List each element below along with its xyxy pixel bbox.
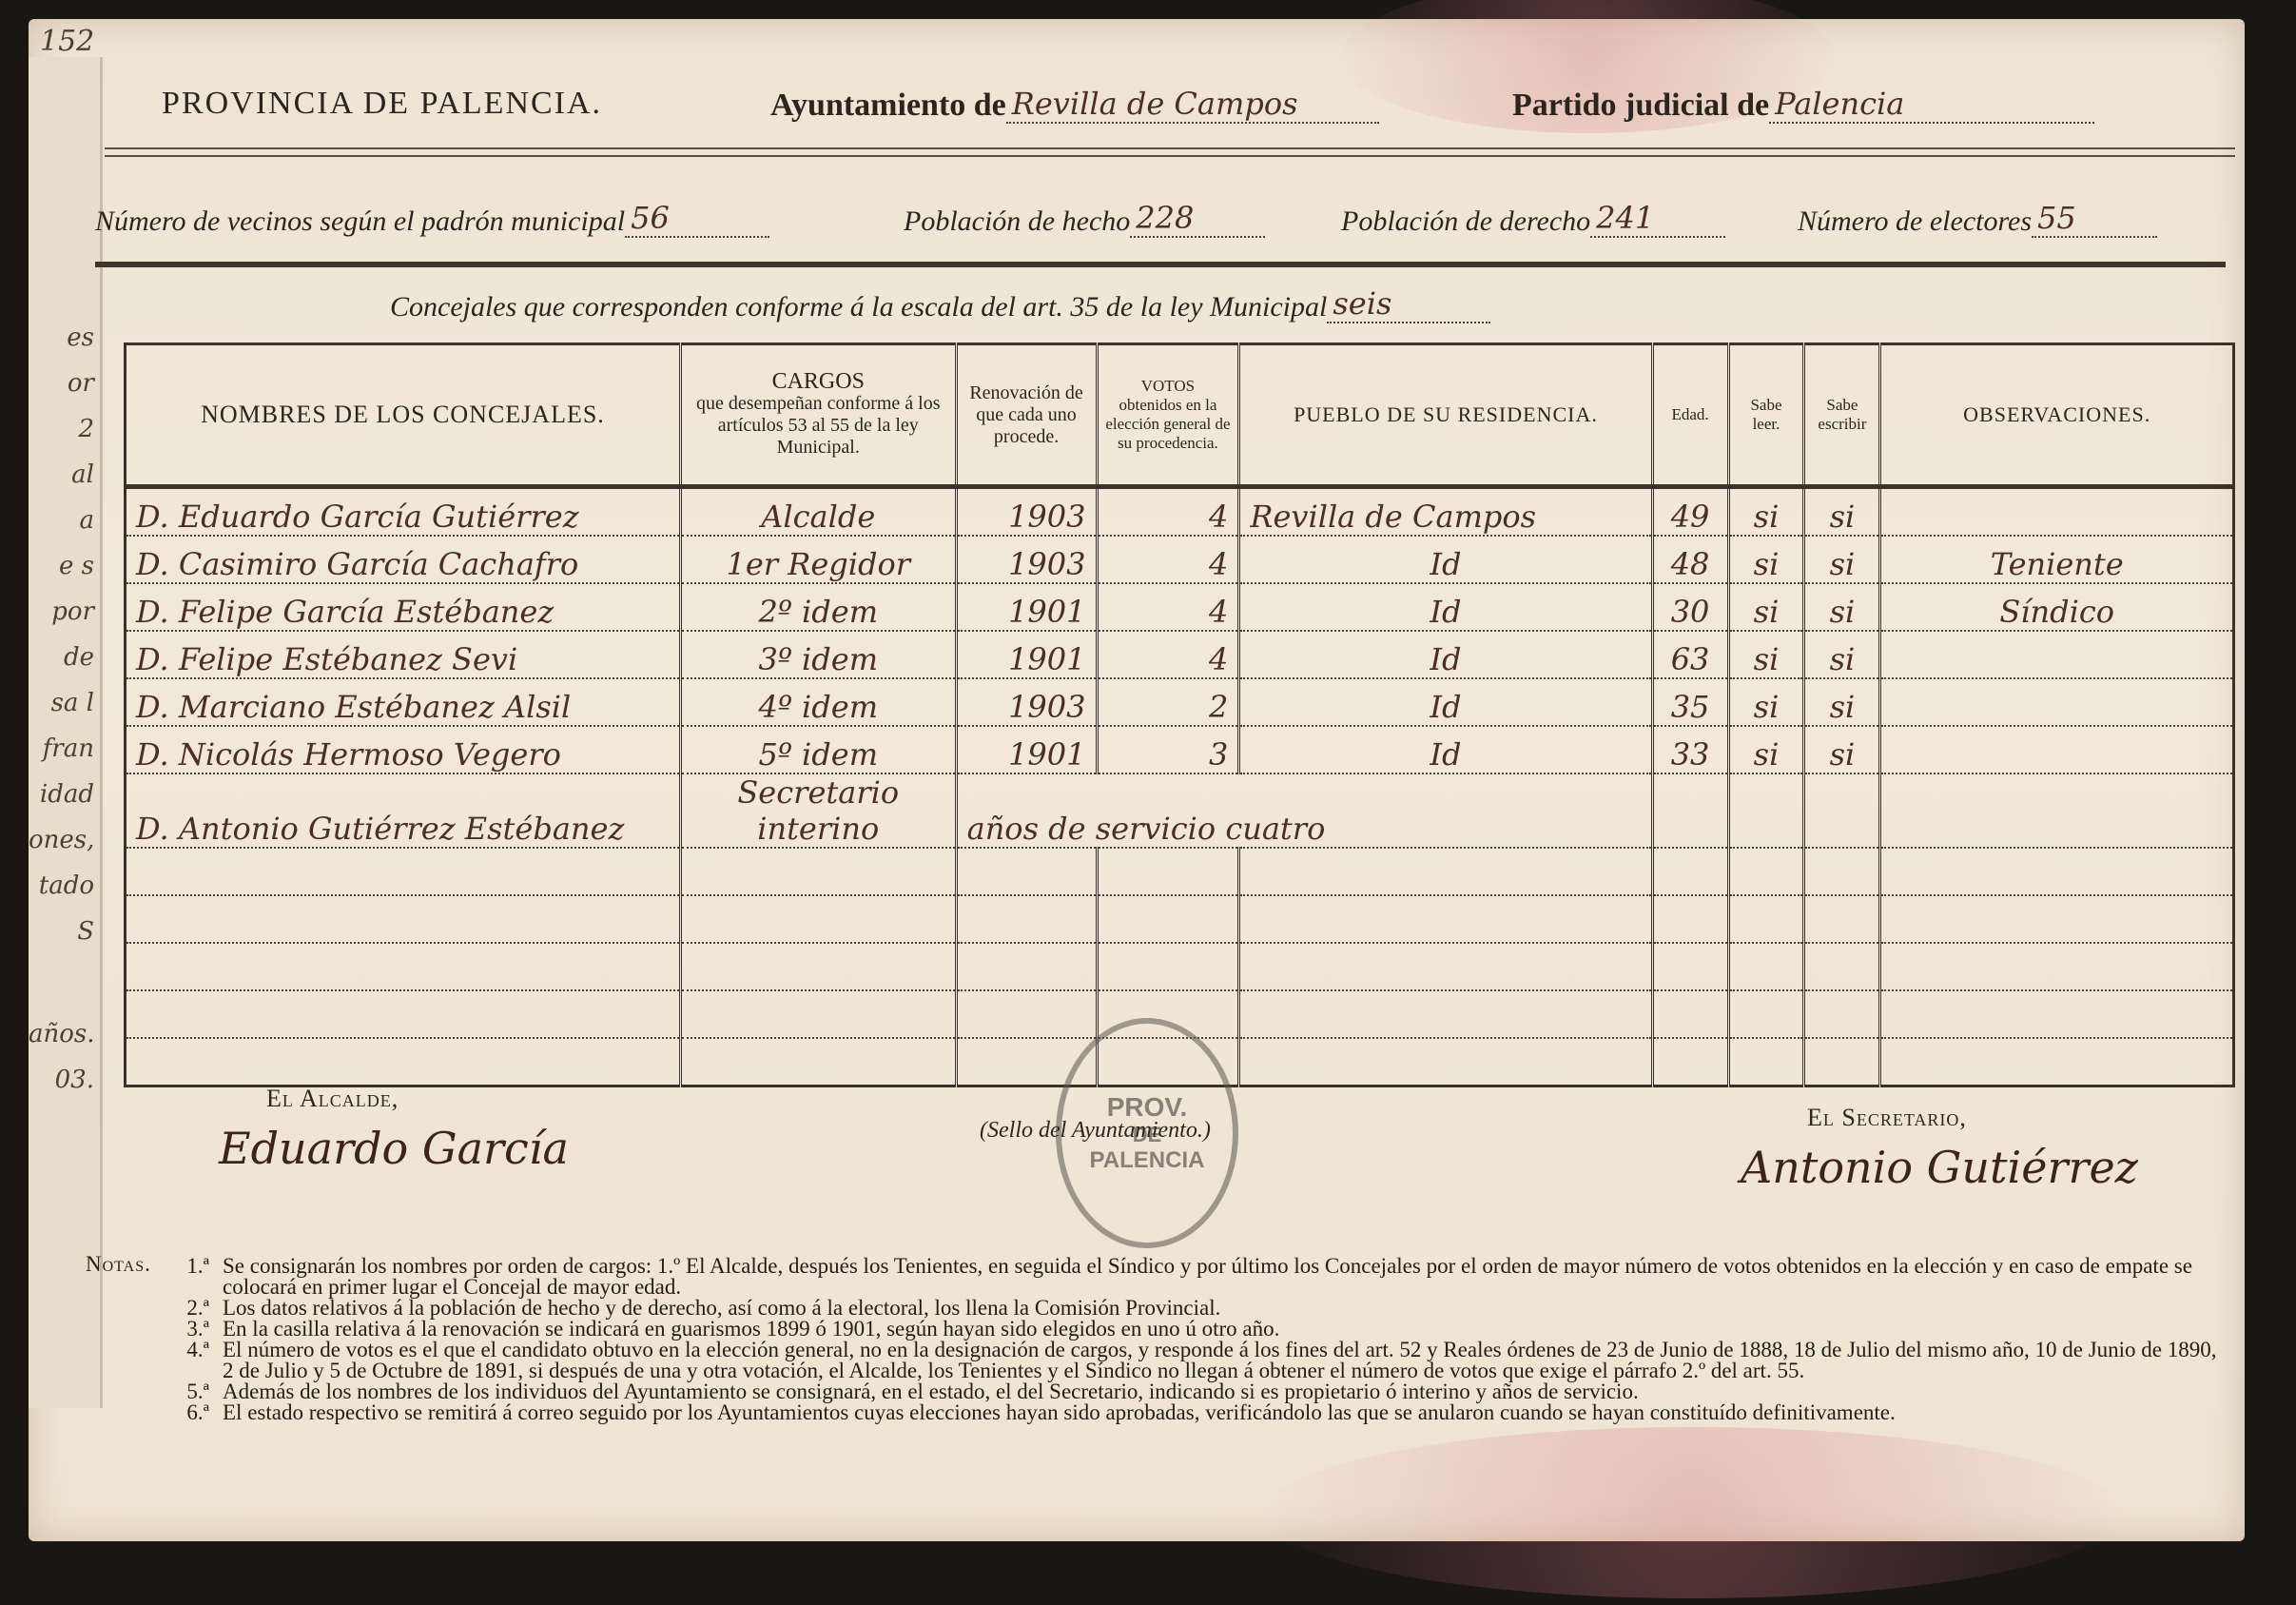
note-text: Se consignarán los nombres por orden de … (223, 1256, 2226, 1298)
cell-empty (126, 1038, 681, 1086)
cell-empty (1239, 848, 1652, 895)
cell-empty (680, 990, 956, 1038)
cell-empty (1097, 848, 1239, 895)
cell-votos: 4 (1097, 583, 1239, 631)
left-page-fragment: 2 (29, 415, 100, 460)
cell-renovacion: 1901 (956, 726, 1097, 773)
left-page-fragment: tado (29, 871, 100, 917)
note-item: 5.ªAdemás de los nombres de los individu… (143, 1381, 2226, 1402)
cell-anos-servicio: años de servicio cuatro (956, 773, 1652, 848)
cell-pueblo: Id (1239, 726, 1652, 773)
left-page-margin: es or 2 al a e s por de sa l fran idad o… (29, 57, 103, 1408)
left-page-fragment: es (29, 323, 100, 369)
cell-empty (956, 990, 1097, 1038)
cell-votos: 3 (1097, 726, 1239, 773)
header-row: PROVINCIA DE PALENCIA. (162, 86, 602, 122)
cell-leer: si (1728, 678, 1804, 726)
cell-empty (680, 895, 956, 943)
cell-renovacion: 1901 (956, 631, 1097, 678)
header-sabe-escribir: Sabe escribir (1804, 344, 1880, 487)
cell-observaciones (1880, 631, 2234, 678)
seal-text-bottom: PALENCIA (1090, 1147, 1205, 1174)
cell-empty (1728, 990, 1804, 1038)
cell-renovacion: 1903 (956, 487, 1097, 537)
alcalde-label: El Alcalde, (266, 1085, 399, 1113)
table-row: D. Marciano Estébanez Alsil 4º idem 1903… (126, 678, 2234, 726)
left-page-fragment: e s (29, 552, 100, 597)
note-text: Además de los nombres de los individuos … (223, 1381, 2226, 1402)
secretario-signature: Antonio Gutiérrez (1741, 1142, 2138, 1193)
poblacion-hecho-value: 228 (1130, 200, 1265, 238)
cell-nombre: D. Antonio Gutiérrez Estébanez (126, 773, 681, 848)
header-renovacion: Renovación de que cada uno procede. (956, 344, 1097, 487)
cell-empty (1804, 1038, 1880, 1086)
poblacion-hecho-label: Población de hecho (904, 206, 1130, 238)
cell-empty (1880, 1038, 2234, 1086)
header-cargos-sub: que desempeñan conforme á los artículos … (688, 393, 949, 459)
cell-empty (1880, 848, 2234, 895)
cell-observaciones (1880, 487, 2234, 537)
cell-edad: 33 (1652, 726, 1728, 773)
note-number: 6.ª (143, 1402, 223, 1423)
cell-pueblo: Id (1239, 631, 1652, 678)
cell-renovacion: 1903 (956, 678, 1097, 726)
cell-votos: 4 (1097, 631, 1239, 678)
concejales-field: Concejales que corresponden conforme á l… (390, 285, 1490, 323)
cell-empty (1652, 990, 1728, 1038)
seal-caption: (Sello del Ayuntamiento.) (980, 1118, 1211, 1144)
alcalde-signature: Eduardo García (219, 1123, 569, 1174)
cell-nombre: D. Felipe Estébanez Sevi (126, 631, 681, 678)
header-nombres: NOMBRES DE LOS CONCEJALES. (126, 344, 681, 487)
note-number: 2.ª (143, 1298, 223, 1319)
cell-empty (126, 943, 681, 990)
cell-votos: 4 (1097, 487, 1239, 537)
table-row (126, 943, 2234, 990)
cell-pueblo: Revilla de Campos (1239, 487, 1652, 537)
cell-cargo: 4º idem (680, 678, 956, 726)
ayuntamiento-label: Ayuntamiento de (770, 88, 1006, 124)
note-item: 2.ªLos datos relativos á la población de… (143, 1298, 2226, 1319)
table-row (126, 848, 2234, 895)
cell-votos: 4 (1097, 536, 1239, 583)
left-page-fragment: fran (29, 734, 100, 780)
cell-empty (956, 848, 1097, 895)
cell-edad (1652, 773, 1728, 848)
cell-observaciones: Teniente (1880, 536, 2234, 583)
cell-votos: 2 (1097, 678, 1239, 726)
concejales-value: seis (1327, 285, 1490, 323)
cell-cargo: 5º idem (680, 726, 956, 773)
ayuntamiento-value: Revilla de Campos (1006, 86, 1379, 124)
table-row: D. Felipe García Estébanez 2º idem 1901 … (126, 583, 2234, 631)
cell-nombre: D. Felipe García Estébanez (126, 583, 681, 631)
note-item: 4.ªEl número de votos es el que el candi… (143, 1340, 2226, 1381)
cell-nombre: D. Eduardo García Gutiérrez (126, 487, 681, 537)
cell-edad: 48 (1652, 536, 1728, 583)
left-page-fragment: por (29, 597, 100, 643)
cell-empty (956, 895, 1097, 943)
notes-label: Notas. (86, 1254, 151, 1275)
electores-value: 55 (2032, 200, 2157, 238)
cell-leer: si (1728, 631, 1804, 678)
header-edad: Edad. (1652, 344, 1728, 487)
cell-nombre: D. Nicolás Hermoso Vegero (126, 726, 681, 773)
poblacion-derecho-field: Población de derecho 241 (1341, 200, 1725, 238)
partido-field: Partido judicial de Palencia (1512, 86, 2094, 124)
cell-edad: 49 (1652, 487, 1728, 537)
header-cargos: CARGOS que desempeñan conforme á los art… (680, 344, 956, 487)
cell-pueblo: Id (1239, 536, 1652, 583)
vecinos-value: 56 (625, 200, 769, 238)
note-text: El número de votos es el que el candidat… (223, 1340, 2226, 1381)
left-page-fragment: 03. (29, 1066, 100, 1111)
note-item: 6.ªEl estado respectivo se remitirá á co… (143, 1402, 2226, 1423)
cell-empty (1097, 943, 1239, 990)
partido-label: Partido judicial de (1512, 88, 1769, 124)
cell-empty (1239, 943, 1652, 990)
cell-observaciones: Síndico (1880, 583, 2234, 631)
table-row: D. Eduardo García Gutiérrez Alcalde 1903… (126, 487, 2234, 537)
cell-observaciones (1880, 773, 2234, 848)
cell-empty (680, 943, 956, 990)
note-item: 3.ªEn la casilla relativa á la renovació… (143, 1319, 2226, 1340)
note-item: 1.ªSe consignarán los nombres por orden … (143, 1256, 2226, 1298)
header-votos: VOTOS obtenidos en la elección general d… (1097, 344, 1239, 487)
left-page-fragment: a (29, 506, 100, 552)
cell-cargo: Alcalde (680, 487, 956, 537)
table-row (126, 895, 2234, 943)
left-page-fragment: sa l (29, 689, 100, 734)
cell-empty (1097, 895, 1239, 943)
cell-escribir: si (1804, 583, 1880, 631)
cell-observaciones (1880, 678, 2234, 726)
cell-empty (1728, 895, 1804, 943)
cell-leer: si (1728, 487, 1804, 537)
left-page-fragment: años. (29, 1020, 100, 1066)
electores-label: Número de electores (1798, 206, 2032, 238)
cell-empty (126, 990, 681, 1038)
partido-value: Palencia (1769, 86, 2094, 124)
cell-empty (1239, 1038, 1652, 1086)
stats-divider (95, 262, 2226, 267)
folio-number: 152 (40, 25, 94, 58)
cell-escribir: si (1804, 536, 1880, 583)
cell-empty (956, 943, 1097, 990)
poblacion-hecho-field: Población de hecho 228 (904, 200, 1265, 238)
left-page-fragment: idad (29, 780, 100, 826)
cell-pueblo: Id (1239, 678, 1652, 726)
cell-observaciones (1880, 726, 2234, 773)
cell-empty (1652, 848, 1728, 895)
cell-renovacion: 1903 (956, 536, 1097, 583)
cell-cargo: 1er Regidor (680, 536, 956, 583)
cell-empty (1652, 943, 1728, 990)
cell-empty (680, 1038, 956, 1086)
cell-escribir (1804, 773, 1880, 848)
secretario-label: El Secretario, (1807, 1104, 1967, 1132)
cell-empty (1880, 990, 2234, 1038)
left-page-fragment: al (29, 460, 100, 506)
concejales-table: NOMBRES DE LOS CONCEJALES. CARGOS que de… (124, 343, 2235, 1087)
cell-nombre: D. Marciano Estébanez Alsil (126, 678, 681, 726)
poblacion-derecho-label: Población de derecho (1341, 206, 1590, 238)
cell-empty (1239, 895, 1652, 943)
header-votos-title: VOTOS (1104, 377, 1233, 396)
cell-empty (126, 895, 681, 943)
header-cargos-title: CARGOS (688, 371, 949, 393)
cell-leer: si (1728, 726, 1804, 773)
cell-empty (1652, 1038, 1728, 1086)
left-page-fragment: ones, (29, 826, 100, 871)
vecinos-label: Número de vecinos según el padrón munici… (95, 206, 625, 238)
cell-leer (1728, 773, 1804, 848)
document-page: es or 2 al a e s por de sa l fran idad o… (29, 19, 2245, 1541)
ayuntamiento-field: Ayuntamiento de Revilla de Campos (770, 86, 1379, 124)
cell-empty (1804, 895, 1880, 943)
note-text: Los datos relativos á la población de he… (223, 1298, 2226, 1319)
cell-empty (680, 848, 956, 895)
notes-section: Notas. 1.ªSe consignarán los nombres por… (86, 1256, 2226, 1423)
header-sabe-leer: Sabe leer. (1728, 344, 1804, 487)
cell-empty (1728, 848, 1804, 895)
header-pueblo: PUEBLO DE SU RESIDENCIA. (1239, 344, 1652, 487)
header-observaciones: OBSERVACIONES. (1880, 344, 2234, 487)
cell-renovacion: 1901 (956, 583, 1097, 631)
cell-empty (1804, 943, 1880, 990)
table-row: D. Nicolás Hermoso Vegero 5º idem 1901 3… (126, 726, 2234, 773)
note-text: En la casilla relativa á la renovación s… (223, 1319, 2226, 1340)
red-stain (1265, 1427, 2121, 1598)
cell-cargo: Secretario interino (680, 773, 956, 848)
cell-empty (1652, 895, 1728, 943)
cell-leer: si (1728, 583, 1804, 631)
left-page-fragment: S (29, 917, 100, 963)
vecinos-field: Número de vecinos según el padrón munici… (95, 200, 769, 238)
cell-empty (1880, 943, 2234, 990)
cell-nombre: D. Casimiro García Cachafro (126, 536, 681, 583)
cell-empty (1880, 895, 2234, 943)
concejales-label: Concejales que corresponden conforme á l… (390, 291, 1327, 323)
cell-empty (1804, 990, 1880, 1038)
cell-cargo: 3º idem (680, 631, 956, 678)
table-row: D. Antonio Gutiérrez Estébanez Secretari… (126, 773, 2234, 848)
poblacion-derecho-value: 241 (1590, 200, 1725, 238)
header-votos-sub: obtenidos en la elección general de su p… (1104, 396, 1233, 453)
cell-escribir: si (1804, 487, 1880, 537)
cell-empty (1728, 943, 1804, 990)
note-number: 3.ª (143, 1319, 223, 1340)
note-number: 5.ª (143, 1381, 223, 1402)
cell-pueblo: Id (1239, 583, 1652, 631)
note-number: 4.ª (143, 1340, 223, 1381)
left-page-fragment: or (29, 369, 100, 415)
cell-escribir: si (1804, 678, 1880, 726)
cell-empty (126, 848, 681, 895)
note-number: 1.ª (143, 1256, 223, 1298)
cell-escribir: si (1804, 726, 1880, 773)
cell-leer: si (1728, 536, 1804, 583)
electores-field: Número de electores 55 (1798, 200, 2157, 238)
note-text: El estado respectivo se remitirá á corre… (223, 1402, 2226, 1423)
provincia-title: PROVINCIA DE PALENCIA. (162, 86, 602, 122)
table-row: D. Casimiro García Cachafro 1er Regidor … (126, 536, 2234, 583)
cell-empty (1728, 1038, 1804, 1086)
cell-escribir: si (1804, 631, 1880, 678)
cell-cargo: 2º idem (680, 583, 956, 631)
cell-empty (1239, 990, 1652, 1038)
table-row: D. Felipe Estébanez Sevi 3º idem 1901 4 … (126, 631, 2234, 678)
left-page-fragment: de (29, 643, 100, 689)
header-divider (105, 147, 2235, 157)
cell-edad: 35 (1652, 678, 1728, 726)
cell-edad: 63 (1652, 631, 1728, 678)
cell-edad: 30 (1652, 583, 1728, 631)
cell-empty (1804, 848, 1880, 895)
